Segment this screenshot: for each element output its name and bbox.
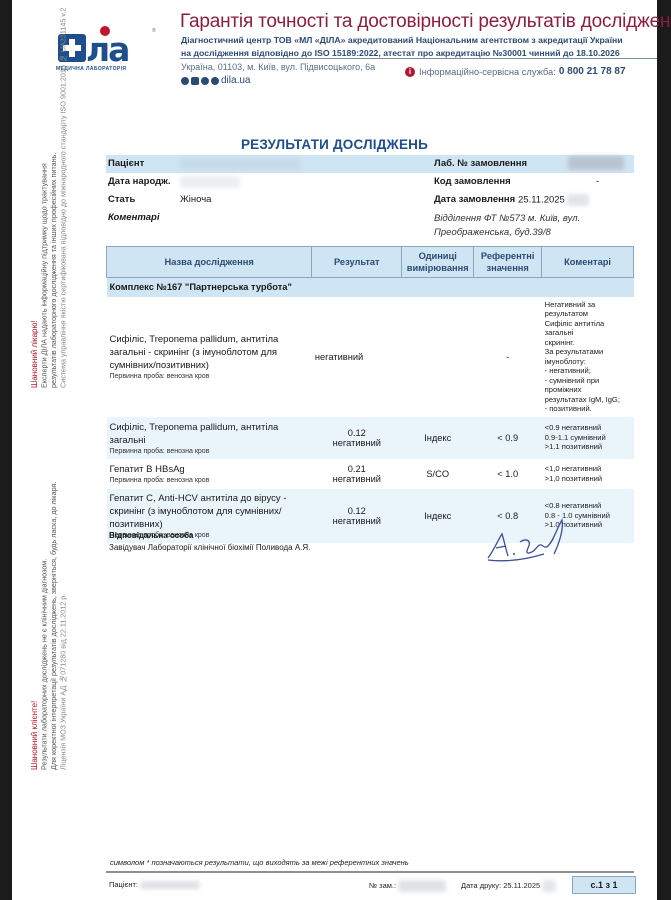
signature-image	[484, 510, 584, 570]
sex-value: Жіноча	[180, 194, 211, 205]
birth-date-redacted	[180, 176, 240, 191]
responsible-person: Відповідальна особа Завідувач Лабораторі…	[109, 530, 310, 554]
patient-row: Пацієнт Лаб. № замовлення	[106, 155, 634, 173]
sample-type: Первинна проба: венозна кров	[110, 477, 309, 484]
lab-order-redacted	[568, 156, 624, 173]
branch-line-1: Відділення ФТ №573 м. Київ, вул.	[434, 212, 634, 226]
service-phone[interactable]: 0 800 21 78 87	[559, 66, 626, 77]
comment-cell: <0.9 негативний 0.9-1.1 сумнівний >1.1 п…	[542, 417, 634, 459]
client-side-note: Шановний клієнте! Результати лабораторни…	[30, 470, 68, 770]
comment-cell: Негативний за результатом Сифіліс антиті…	[542, 297, 634, 417]
footer-order-number: № зам.:	[369, 880, 446, 892]
table-row: Сифіліс, Treponema pallidum, антитіла за…	[107, 297, 634, 417]
responsible-label: Відповідальна особа	[109, 530, 310, 542]
reference-legend-note: символом * позначаються результати, що в…	[110, 858, 409, 867]
facebook-icon[interactable]	[191, 77, 199, 85]
accreditation-text: Діагностичний центр ТОВ «МЛ «ДІЛА» акред…	[181, 34, 623, 60]
sex-label: Стать	[108, 194, 135, 205]
lab-order-label: Лаб. № замовлення	[434, 158, 527, 169]
info-icon: i	[405, 67, 415, 77]
dila-logo: ла ® МЕДИЧНА ЛАБОРАТОРІЯ	[56, 26, 156, 74]
result-cell: 0.21 негативний	[312, 459, 402, 489]
col-reference: Референтні значення	[474, 247, 542, 278]
branch-info: Відділення ФТ №573 м. Київ, вул. Преобра…	[434, 212, 634, 240]
test-name: Гепатит В HBsAg	[110, 463, 309, 476]
header-title: Гарантія точності та достовірності резул…	[180, 11, 671, 33]
birth-date-label: Дата народж.	[108, 176, 171, 187]
instagram-icon[interactable]	[201, 77, 209, 85]
group-title: Комплекс №167 "Партнерська турбота"	[107, 278, 634, 297]
birth-row: Дата народж. Код замовлення -	[106, 173, 634, 191]
client-note-title: Шановний клієнте!	[30, 470, 40, 770]
sample-type: Первинна проба: венозна кров	[110, 373, 309, 380]
iso-certification-note: Система управління якістю сертифікована …	[59, 118, 69, 388]
comments-row: Коментарі Відділення ФТ №573 м. Київ, ву…	[106, 209, 634, 239]
patient-name-redacted	[180, 158, 300, 173]
patient-label: Пацієнт	[108, 158, 144, 169]
branch-line-2: Преображенська, буд.39/8	[434, 226, 634, 240]
document-title: РЕЗУЛЬТАТИ ДОСЛІДЖЕНЬ	[12, 137, 657, 152]
group-row: Комплекс №167 "Партнерська турбота"	[107, 278, 634, 297]
reference-cell: -	[474, 297, 542, 417]
web-icon[interactable]	[181, 77, 189, 85]
license-note: Ліцензія МОЗ України АД №071280 від 22.1…	[59, 470, 69, 770]
page-indicator: с.1 з 1	[572, 876, 636, 894]
col-test-name: Назва дослідження	[107, 247, 312, 278]
doctor-note-title: Шановний лікарю!	[30, 118, 40, 388]
units-cell	[402, 297, 474, 417]
test-name-cell: Гепатит В HBsAg Первинна проба: венозна …	[107, 459, 312, 489]
sample-type: Первинна проба: венозна кров	[110, 448, 309, 455]
client-note-line-2: Для коректної інтерпретації результатів …	[49, 470, 59, 770]
table-row: Сифіліс, Treponema pallidum, антитіла за…	[107, 417, 634, 459]
footer-divider	[106, 871, 634, 873]
order-code-value: -	[596, 176, 599, 187]
doctor-note-line-1: Експерти ДІЛА надають інформаційну підтр…	[40, 118, 50, 388]
table-row: Гепатит В HBsAg Первинна проба: венозна …	[107, 459, 634, 489]
registered-mark: ®	[152, 28, 156, 34]
test-name: Гепатит С, Anti-HCV антитіла до вірусу -…	[110, 492, 309, 531]
comment-cell: <1,0 негативний >1,0 позитивний	[542, 459, 634, 489]
reference-cell: < 1.0	[474, 459, 542, 489]
result-cell: негативний	[312, 297, 402, 417]
test-name: Сифіліс, Treponema pallidum, антитіла за…	[110, 421, 309, 447]
units-cell: Індекс	[402, 489, 474, 543]
units-cell: Індекс	[402, 417, 474, 459]
doctor-side-note: Шановний лікарю! Експерти ДІЛА надають і…	[30, 118, 68, 388]
header-divider	[180, 58, 657, 59]
col-units: Одиниці вимірювання	[402, 247, 474, 278]
order-date-value: 25.11.2025	[518, 194, 589, 206]
table-header-row: Назва дослідження Результат Одиниці вимі…	[107, 247, 634, 278]
comments-label: Коментарі	[108, 212, 160, 223]
messenger-icon[interactable]	[211, 77, 219, 85]
website-link[interactable]: dila.ua	[221, 75, 250, 86]
col-comments: Коментарі	[542, 247, 634, 278]
page-footer: Пацієнт: № зам.: Дата друку: 25.11.2025 …	[109, 880, 637, 896]
lab-address: Україна, 01103, м. Київ, вул. Підвисоцьк…	[181, 62, 375, 72]
patient-info: Пацієнт Лаб. № замовлення Дата народж. К…	[106, 155, 634, 239]
service-label: Інформаційно-сервісна служба:	[419, 67, 556, 77]
client-note-line-1: Результати лабораторних досліджень не є …	[40, 470, 50, 770]
results-table: Назва дослідження Результат Одиниці вимі…	[106, 246, 634, 543]
responsible-name: Завідувач Лабораторії клінічної біохімії…	[109, 542, 310, 554]
footer-print-date: Дата друку: 25.11.2025	[461, 880, 556, 892]
service-line: i Інформаційно-сервісна служба: 0 800 21…	[405, 66, 626, 77]
result-cell: 0.12 негативний	[312, 417, 402, 459]
units-cell: S/CO	[402, 459, 474, 489]
social-links: dila.ua	[181, 75, 250, 86]
doctor-note-line-2: результатів лабораторного дослідження та…	[49, 118, 59, 388]
order-date-label: Дата замовлення	[434, 194, 515, 205]
sex-row: Стать Жіноча Дата замовлення 25.11.2025	[106, 191, 634, 209]
footer-patient: Пацієнт:	[109, 880, 200, 889]
col-result: Результат	[312, 247, 402, 278]
result-cell: 0.12 негативний	[312, 489, 402, 543]
reference-cell: < 0.9	[474, 417, 542, 459]
test-name: Сифіліс, Treponema pallidum, антитіла за…	[110, 333, 309, 372]
test-name-cell: Сифіліс, Treponema pallidum, антитіла за…	[107, 297, 312, 417]
order-code-label: Код замовлення	[434, 176, 511, 187]
logo-wordmark: ла	[86, 30, 128, 69]
accreditation-line-1: Діагностичний центр ТОВ «МЛ «ДІЛА» акред…	[181, 34, 623, 47]
lab-results-page: ла ® МЕДИЧНА ЛАБОРАТОРІЯ Гарантія точнос…	[12, 0, 657, 900]
test-name-cell: Сифіліс, Treponema pallidum, антитіла за…	[107, 417, 312, 459]
